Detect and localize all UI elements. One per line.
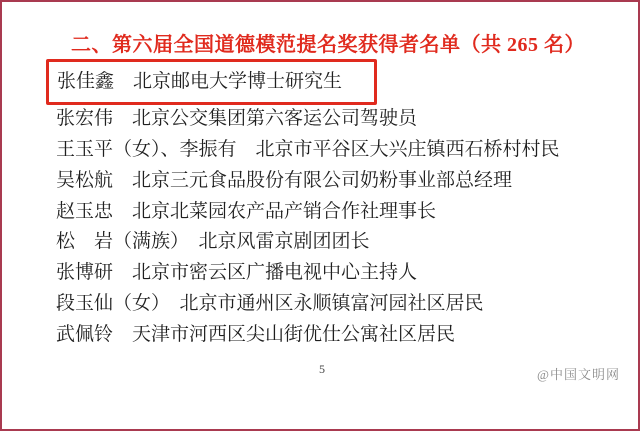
list-item: 赵玉忠 北京北菜园农产品产销合作社理事长 — [56, 200, 436, 224]
list-item: 张宏伟 北京公交集团第六客运公司驾驶员 — [56, 107, 417, 131]
list-item: 武佩铃 天津市河西区尖山街优仕公寓社区居民 — [56, 323, 455, 347]
document-page: 二、第六届全国道德模范提名奖获得者名单（共 265 名） 张佳鑫 北京邮电大学博… — [0, 0, 640, 431]
list-item: 王玉平（女）、李振有 北京市平谷区大兴庄镇西石桥村村民 — [56, 138, 560, 162]
section-title: 二、第六届全国道德模范提名奖获得者名单（共 265 名） — [71, 28, 585, 57]
list-item: 松 岩（满族） 北京风雷京剧团团长 — [56, 230, 370, 254]
list-item: 吴松航 北京三元食品股份有限公司奶粉事业部总经理 — [56, 169, 512, 193]
watermark: @中国文明网 — [537, 364, 620, 383]
highlight-box: 张佳鑫 北京邮电大学博士研究生 — [46, 59, 377, 105]
list-item-highlighted: 张佳鑫 北京邮电大学博士研究生 — [57, 70, 342, 94]
page-number: 5 — [314, 362, 330, 377]
list-item: 段玉仙（女） 北京市通州区永顺镇富河园社区居民 — [56, 292, 484, 316]
list-item: 张博研 北京市密云区广播电视中心主持人 — [56, 261, 417, 285]
